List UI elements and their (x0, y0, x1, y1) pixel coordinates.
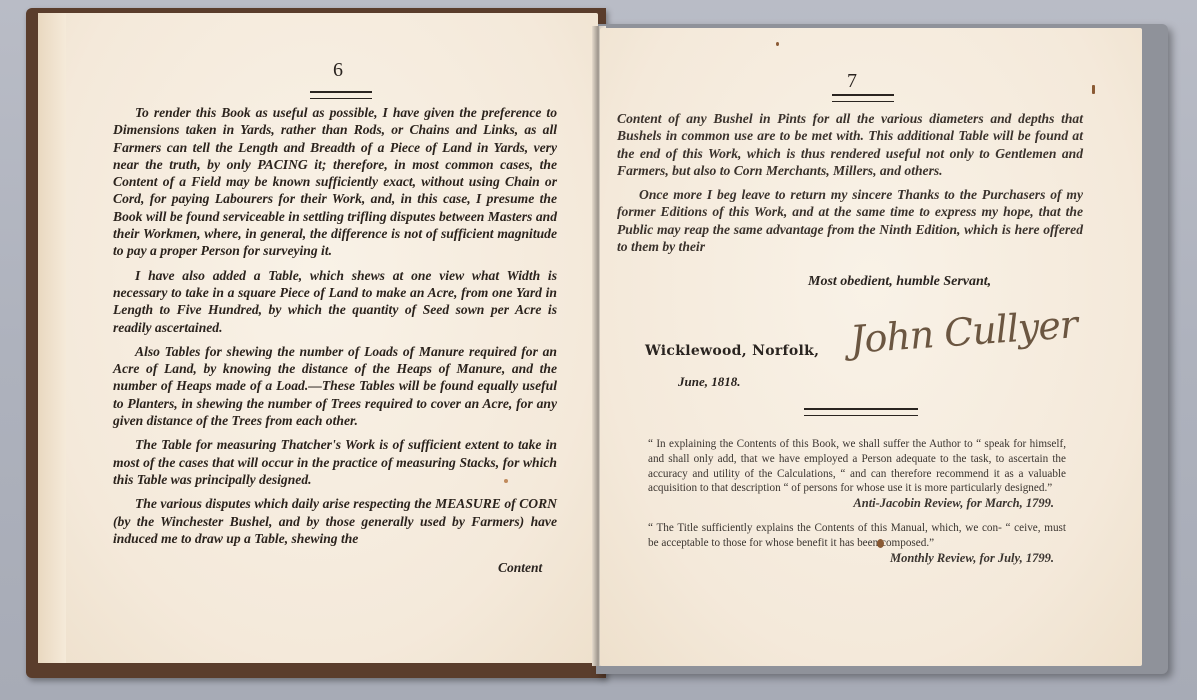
paragraph: Also Tables for shewing the number of Lo… (113, 343, 557, 429)
paragraph: Once more I beg leave to return my since… (617, 186, 1083, 255)
section-rule (804, 408, 918, 416)
paragraph: The Table for measuring Thatcher's Work … (113, 436, 557, 488)
body-text: To render this Book as useful as possibl… (113, 104, 557, 554)
review-source: Anti-Jacobin Review, for March, 1799. (648, 496, 1066, 511)
closing-salutation: Most obedient, humble Servant, (808, 274, 991, 290)
page-number: 7 (822, 70, 882, 93)
paragraph: To render this Book as useful as possibl… (113, 104, 557, 260)
author-signature: John Cullyer (849, 302, 1079, 362)
reviews: “ In explaining the Contents of this Boo… (648, 437, 1066, 565)
body-text: Content of any Bushel in Pints for all t… (617, 110, 1083, 262)
page-number: 6 (308, 59, 368, 82)
header-rule (310, 91, 372, 99)
foxing-spot (504, 479, 508, 483)
left-page: 6 To render this Book as useful as possi… (38, 13, 598, 663)
header-rule (832, 94, 894, 102)
foxing-spot (877, 539, 884, 548)
paragraph: Content of any Bushel in Pints for all t… (617, 110, 1083, 179)
review-source: Monthly Review, for July, 1799. (648, 551, 1066, 566)
foxing-spot (1092, 85, 1095, 94)
right-page: 7 Content of any Bushel in Pints for all… (600, 28, 1142, 666)
paragraph: I have also added a Table, which shews a… (113, 267, 557, 336)
place-line: Wicklewood, Norfolk, (645, 343, 819, 359)
catchword: Content (498, 560, 542, 576)
foxing-spot (776, 42, 779, 46)
review-quote: “ The Title sufficiently explains the Co… (648, 521, 1066, 551)
paragraph: The various disputes which daily arise r… (113, 495, 557, 547)
date-line: June, 1818. (678, 374, 740, 390)
review-quote: “ In explaining the Contents of this Boo… (648, 437, 1066, 496)
